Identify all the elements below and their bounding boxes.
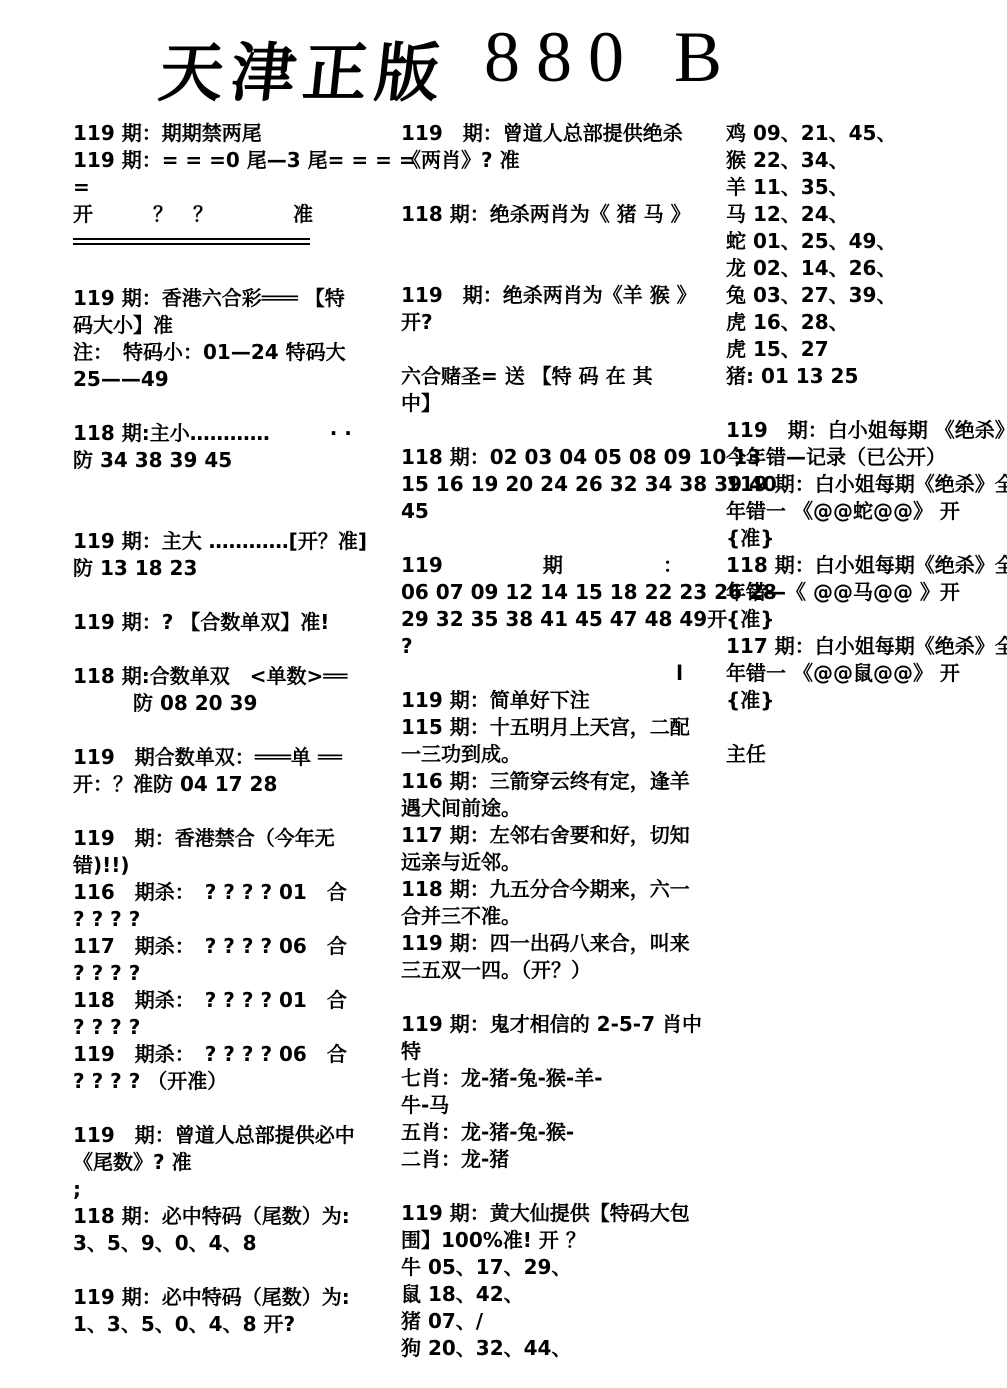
text-line: 119 期：? 【合数单双】准! [73, 609, 357, 636]
text-line: 注： 特码小：01—24 特码大 [73, 339, 357, 366]
text-line: 118 期:合数单双 <单数>══ [73, 663, 357, 690]
text-line: 116 期：三箭穿云终有定，逢羊 [401, 768, 683, 795]
text-line: 3、5、9、0、4、8 [73, 1230, 357, 1257]
text-line: 119 期：香港六合彩═══ 【特 [73, 285, 357, 312]
text-line: 118 期：必中特码（尾数）为: [73, 1203, 357, 1230]
text-line: 七肖：龙-猪-兔-猴-羊- [401, 1065, 683, 1092]
text-line: 三五双一四。（开？） [401, 957, 683, 984]
text-line: 虎 15、27 [726, 336, 1007, 363]
text-line: 119 期：= = =0 尾—3 尾= = = = [73, 147, 357, 174]
text-line: 中】 [401, 390, 683, 417]
text-line: 119 期：鬼才相信的 2-5-7 肖中 [401, 1011, 683, 1038]
text-line: 119 期：白小姐每期 《绝杀》 [726, 417, 1007, 444]
text-line: 马 12、24、 [726, 201, 1007, 228]
text-line: 今年错—记录（已公开） [726, 444, 1007, 471]
text-line: 119 期：香港禁合（今年无 [73, 825, 357, 852]
text-line: 二肖：龙-猪 [401, 1146, 683, 1173]
text-line: 防 34 38 39 45 [73, 447, 357, 474]
text-line: 五肖：龙-猪-兔-猴- [401, 1119, 683, 1146]
text-line: 猪: 01 13 25 [726, 363, 1007, 390]
text-line: 119 期杀： ? ? ? ? 06 合 [73, 1041, 357, 1068]
text-line: ? ? ? ? [73, 1014, 357, 1041]
text-line: 开：？准防 04 17 28 [73, 771, 357, 798]
text-line: 特 [401, 1038, 683, 1065]
text-line: 蛇 01、25、49、 [726, 228, 1007, 255]
text-line: 118 期：绝杀两肖为《 猪 马 》 [401, 201, 683, 228]
text-line: 119 期：必中特码（尾数）为: [73, 1284, 357, 1311]
text-line: {准} [726, 525, 1007, 552]
text-line: 羊 11、35、 [726, 174, 1007, 201]
text-line: 119 期：期期禁两尾 [73, 120, 357, 147]
text-line: 年错一 《@@蛇@@》 开 [726, 498, 1007, 525]
text-line: ? [401, 633, 683, 660]
text-line: 虎 16、28、 [726, 309, 1007, 336]
text-line: 围】100%准! 开 ？ [401, 1227, 683, 1254]
numbers: 29 32 35 38 41 45 47 48 49 [401, 606, 707, 633]
title-code: 880 B [484, 16, 738, 99]
text-line: 《尾数》? 准 [73, 1149, 357, 1176]
text-line: 06 07 09 12 14 15 18 22 23 26 28 [401, 579, 683, 606]
text-line: 117 期：左邻右舍要和好，切知 [401, 822, 683, 849]
text-line: 119 期：主大 …………[开？准] [73, 528, 357, 555]
period-number: 119 [401, 552, 443, 579]
text-line: 遇犬间前途。 [401, 795, 683, 822]
open-label: 开 [707, 606, 727, 633]
text-line: 年错一 《@@鼠@@》 开 [726, 660, 1007, 687]
text-line: 猴 22、34、 [726, 147, 1007, 174]
text-line: 开? [401, 309, 683, 336]
text-line: 一三功到成。 [401, 741, 683, 768]
page-title: 天津正版880 B [160, 22, 738, 102]
text-line: 118 期杀： ? ? ? ? 01 合 [73, 987, 357, 1014]
text-line: 错)!!) [73, 852, 357, 879]
column-right: 鸡 09、21、45、 猴 22、34、 羊 11、35、 马 12、24、 蛇… [726, 120, 1007, 768]
text-line: 猪 07、/ [401, 1308, 683, 1335]
title-chinese: 天津正版 [155, 22, 453, 114]
text-line: 兔 03、27、39、 [726, 282, 1007, 309]
text-line: 116 期杀： ? ? ? ? 01 合 [73, 879, 357, 906]
text-line: 119 期：四一出码八来合，叫来 [401, 930, 683, 957]
text-line: 远亲与近邻。 [401, 849, 683, 876]
text-line: ? ? ? ? （开准） [73, 1068, 357, 1095]
text-line: ? ? ? ? [73, 906, 357, 933]
text-line: 119 期 ： [401, 552, 683, 579]
text-line: 119 期：绝杀两肖为《羊 猴 》 [401, 282, 683, 309]
text-line: 119 期：白小姐每期《绝杀》全 [726, 471, 1007, 498]
text-line: 15 16 19 20 24 26 32 34 38 39 40 [401, 471, 683, 498]
text-line: 合并三不准。 [401, 903, 683, 930]
text-line: {准} [726, 606, 1007, 633]
text-line: 25——49 [73, 366, 357, 393]
text-line: 119 期：曾道人总部提供必中 [73, 1122, 357, 1149]
text-line: 119 期：简单好下注 [401, 687, 683, 714]
text-line: 118 期：九五分合今期来，六一 [401, 876, 683, 903]
text-line: 1、3、5、0、4、8 开? [73, 1311, 357, 1338]
text-line: 45 [401, 498, 683, 525]
text-line: 117 期：白小姐每期《绝杀》全 [726, 633, 1007, 660]
text-line: 防 08 20 39 [73, 690, 357, 717]
text-line: ; [73, 1176, 357, 1203]
text-line: 119 期：黄大仙提供【特码大包 [401, 1200, 683, 1227]
text-line: 118 期：白小姐每期《绝杀》全 [726, 552, 1007, 579]
text-line: 主任 [726, 741, 1007, 768]
text-line: 龙 02、14、26、 [726, 255, 1007, 282]
text-line: 狗 20、32、44、 [401, 1335, 683, 1362]
text-line: 鸡 09、21、45、 [726, 120, 1007, 147]
text-line: 开 ？ ？ 准 [73, 201, 357, 228]
text-line: 六合赌圣= 送 【特 码 在 其 [401, 363, 683, 390]
text-line: = [73, 174, 357, 201]
text-line: l [401, 660, 683, 687]
text-line: 年错—《 @@马@@ 》开 [726, 579, 1007, 606]
text-line: 牛-马 [401, 1092, 683, 1119]
colon: ： [663, 552, 683, 579]
text-line: 《两肖》? 准 [401, 147, 683, 174]
text-line: 119 期合数单双：═══单 ══ [73, 744, 357, 771]
double-rule-divider [73, 238, 310, 245]
text-line: 防 13 18 23 [73, 555, 357, 582]
text-line: 118 期：02 03 04 05 08 09 10 13 [401, 444, 683, 471]
text-line: 29 32 35 38 41 45 47 48 49 开 [401, 606, 683, 633]
text-line: 码大小】准 [73, 312, 357, 339]
text-line: ? ? ? ? [73, 960, 357, 987]
column-middle: 119 期：曾道人总部提供绝杀 《两肖》? 准 118 期：绝杀两肖为《 猪 马… [401, 120, 683, 1362]
text-line: 118 期:主小………… · · [73, 420, 357, 447]
period-label: 期 [543, 552, 563, 579]
text-line: 119 期：曾道人总部提供绝杀 [401, 120, 683, 147]
text-line: 牛 05、17、29、 [401, 1254, 683, 1281]
text-line: 115 期：十五明月上天宫，二配 [401, 714, 683, 741]
text-line: 117 期杀： ? ? ? ? 06 合 [73, 933, 357, 960]
text-line: 鼠 18、42、 [401, 1281, 683, 1308]
column-left: 119 期：期期禁两尾 119 期：= = =0 尾—3 尾= = = = = … [73, 120, 357, 1338]
text-line: {准} [726, 687, 1007, 714]
